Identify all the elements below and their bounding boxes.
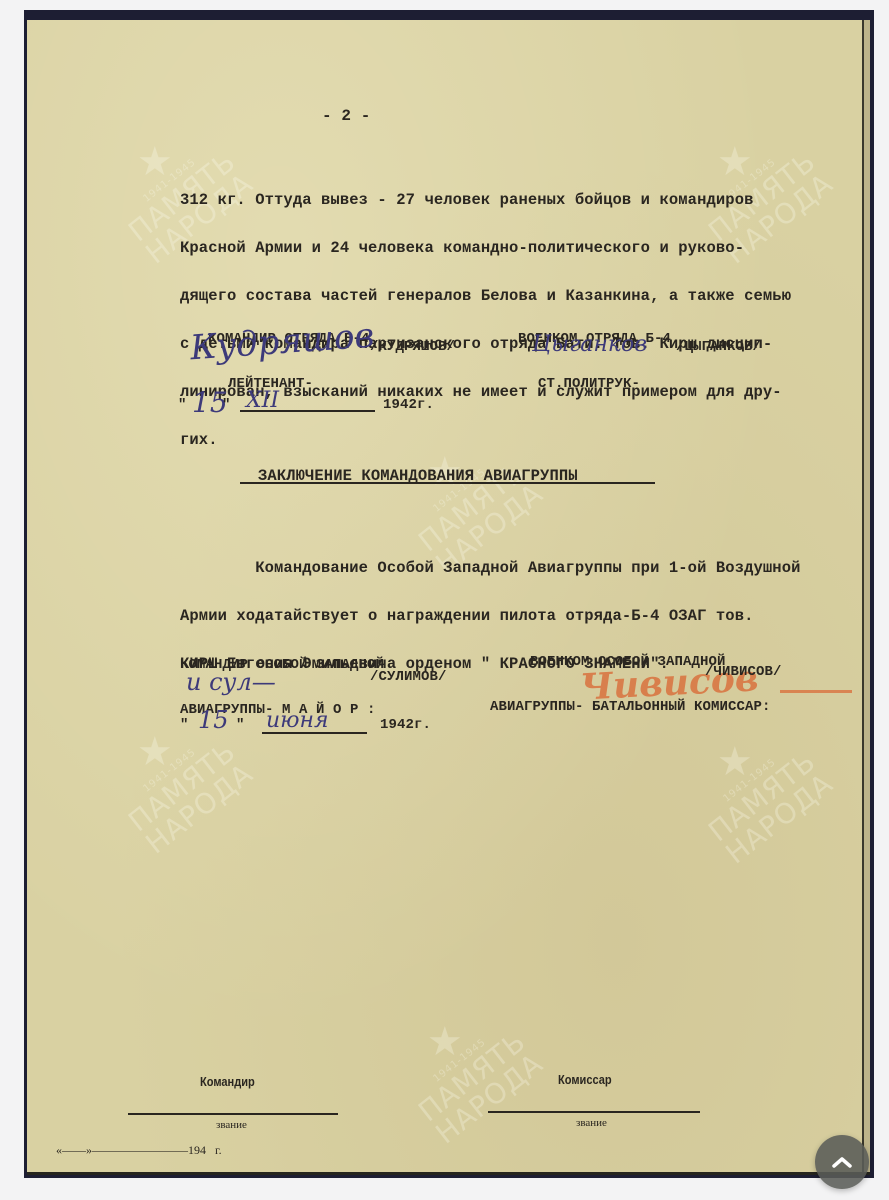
commander-rank-line <box>128 1113 338 1115</box>
star-icon: ★ <box>672 748 798 776</box>
watermark: ★ 1941-1945 ПАМЯТЬ НАРОДА <box>387 992 548 1148</box>
date-underline <box>240 410 375 412</box>
group-commissar-name: /ЧИВИСОВ/ <box>705 665 782 680</box>
body-line: 312 кг. Оттуда вывез - 27 человек ранены… <box>180 192 791 208</box>
scroll-to-top-button[interactable] <box>815 1135 869 1189</box>
watermark: ★ 1941-1945 ПАМЯТЬ НАРОДА <box>677 712 838 868</box>
star-icon: ★ <box>382 1028 508 1056</box>
body-line: Красной Армии и 24 человека командно-пол… <box>180 240 791 256</box>
commissar-rank-line <box>488 1111 700 1113</box>
form-rank-label-right: звание <box>576 1117 607 1129</box>
detachment-commissar-name: /ЦЫГАНКОВ/ <box>676 340 761 355</box>
form-rank-label-left: звание <box>216 1119 247 1131</box>
heading-underline <box>240 482 655 484</box>
form-commander-label: Командир <box>200 1074 255 1089</box>
date-underline <box>262 732 367 734</box>
form-date-line: «——»————————194 г. <box>56 1143 222 1158</box>
page-number: - 2 - <box>322 108 371 124</box>
body-line: гих. <box>180 432 791 448</box>
detachment-commander-name: /КУДРЯШОВ/ <box>370 340 455 355</box>
group-commander-signature: и сул— <box>186 668 276 696</box>
detachment-commissar-signature: Цыганков <box>532 332 647 357</box>
signature-stroke <box>780 690 852 693</box>
form-commissar-label: Комиссар <box>558 1072 612 1087</box>
star-icon: ★ <box>92 738 218 766</box>
group-commander-name: /СУЛИМОВ/ <box>370 670 447 685</box>
chevron-up-icon <box>831 1155 853 1169</box>
